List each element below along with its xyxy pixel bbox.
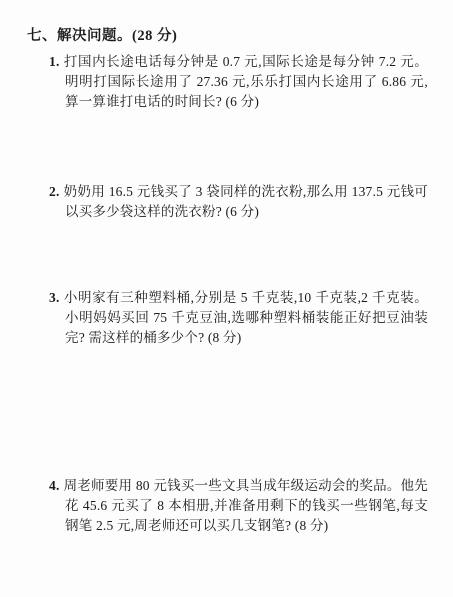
problem-1: 1.打国内长途电话每分钟是 0.7 元,国际长途是每分钟 7.2 元。明明打国际… [49, 52, 428, 182]
problem-4-body: 周老师要用 80 元钱买一些文具当成年级运动会的奖品。他先花 45.6 元买了 … [64, 478, 428, 533]
problem-3-text: 3.小明家有三种塑料桶,分别是 5 千克装,10 千克装,2 千克装。小明妈妈买… [49, 288, 428, 348]
problem-3-number: 3. [49, 290, 64, 305]
problem-2-number: 2. [49, 184, 64, 199]
problem-4: 4.周老师要用 80 元钱买一些文具当成年级运动会的奖品。他先花 45.6 元买… [49, 476, 428, 594]
answer-space-1 [49, 112, 428, 182]
problem-2: 2.奶奶用 16.5 元钱买了 3 袋同样的洗衣粉,那么用 137.5 元钱可以… [49, 182, 428, 288]
worksheet-page: 七、解决问题。(28 分) 1.打国内长途电话每分钟是 0.7 元,国际长途是每… [0, 0, 453, 597]
problem-2-text: 2.奶奶用 16.5 元钱买了 3 袋同样的洗衣粉,那么用 137.5 元钱可以… [49, 182, 428, 222]
problem-4-number: 4. [49, 478, 64, 493]
problem-3-body: 小明家有三种塑料桶,分别是 5 千克装,10 千克装,2 千克装。小明妈妈买回 … [64, 290, 428, 345]
answer-space-2 [49, 222, 428, 288]
section-title: 七、解决问题。(28 分) [27, 26, 428, 46]
answer-space-4 [49, 536, 428, 594]
problem-1-body: 打国内长途电话每分钟是 0.7 元,国际长途是每分钟 7.2 元。明明打国际长途… [64, 54, 428, 109]
problem-3: 3.小明家有三种塑料桶,分别是 5 千克装,10 千克装,2 千克装。小明妈妈买… [49, 288, 428, 476]
answer-space-3 [49, 348, 428, 476]
problem-1-text: 1.打国内长途电话每分钟是 0.7 元,国际长途是每分钟 7.2 元。明明打国际… [49, 52, 428, 112]
problem-1-number: 1. [49, 54, 64, 69]
problem-4-text: 4.周老师要用 80 元钱买一些文具当成年级运动会的奖品。他先花 45.6 元买… [49, 476, 428, 536]
problem-2-body: 奶奶用 16.5 元钱买了 3 袋同样的洗衣粉,那么用 137.5 元钱可以买多… [64, 184, 428, 219]
